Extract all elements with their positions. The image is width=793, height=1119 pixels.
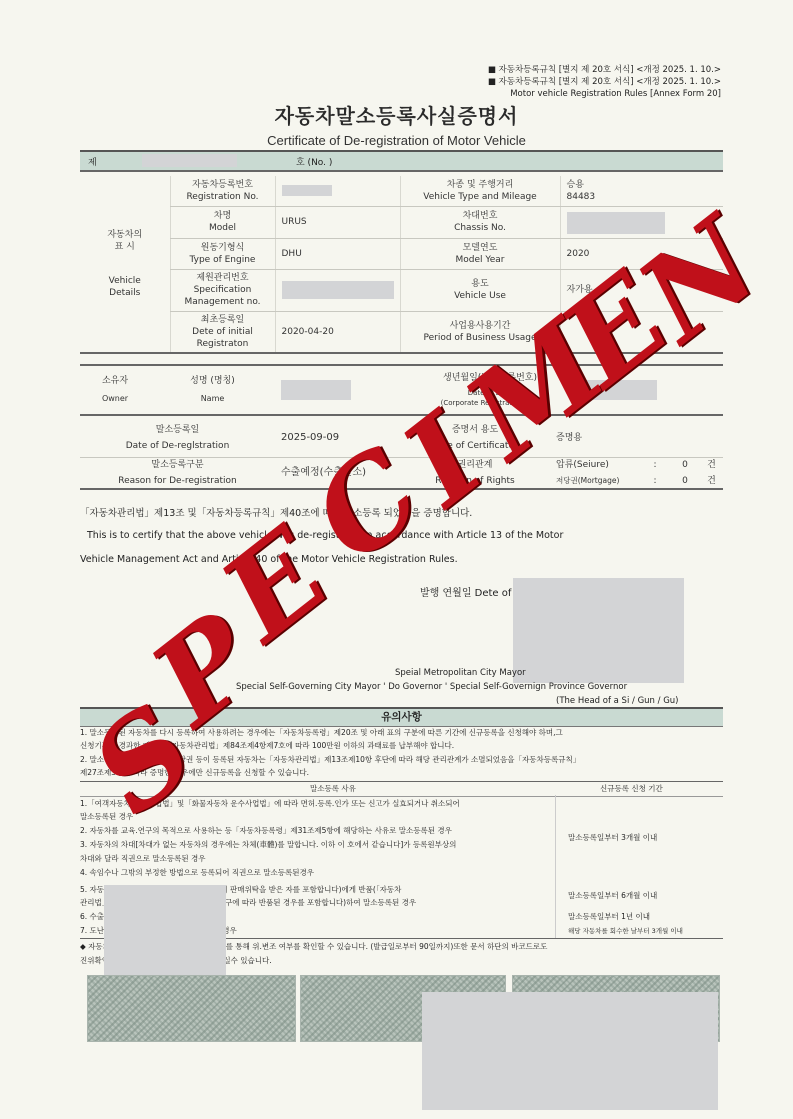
owner-table: 소유자Owner 성명 (명칭)Name 생년월일(법인등록번호)Date of… [80, 364, 723, 416]
document-title: 자동차말소등록사실증명서 [0, 100, 793, 129]
rights-label-ko: 권리관계 [400, 459, 550, 471]
dereg-date-label-ko: 말소등록일 [80, 424, 275, 436]
period-6-months: 말소등록일부터 6개월 이내 [568, 890, 657, 902]
use-label-ko: 증명서 용도 [400, 424, 550, 436]
redacted-certificate-number [142, 154, 237, 167]
count-unit: 건 [700, 457, 723, 473]
mileage-value: 84483 [567, 191, 724, 203]
reason-value: 수출예정(수출말소) [275, 457, 400, 489]
use-value: 증명용 [550, 420, 723, 457]
field-label-en: Period of Business Usage [401, 332, 560, 344]
reason-item: 2. 자동차를 교육.연구의 목적으로 사용하는 등「자동차등록령」제31조제5… [80, 825, 452, 837]
dereg-date-value: 2025-09-09 [275, 420, 400, 457]
authority-line-1: Speial Metropolitan City Mayor [395, 668, 526, 678]
column-divider [555, 795, 556, 938]
field-label-en: Dete of initial Registraton [171, 326, 275, 350]
reason-item: 3. 자동차의 차대[차대가 없는 자동차의 경우에는 차체(車體)를 말합니다… [80, 839, 456, 851]
section-label-en-2: Details [80, 287, 170, 299]
number-suffix: 호 (No. ) [296, 155, 332, 168]
field-label-ko: 제원관리번호 [171, 272, 275, 284]
reason-label-ko: 말소등록구분 [80, 459, 275, 471]
initial-registration-date-value: 2020-04-20 [275, 311, 400, 353]
model-year-value: 2020 [560, 238, 723, 269]
seizure-label: 압류(Seiure) [550, 457, 640, 473]
table-row: 소유자Owner 성명 (명칭)Name 생년월일(법인등록번호)Date of… [80, 365, 723, 415]
table-row: 자동차의 표 시 Vehicle Details 자동차등록번호Registra… [80, 176, 723, 206]
colon: : [640, 457, 670, 473]
form-reference-en: Motor vehicle Registration Rules [Annex … [488, 88, 721, 100]
table-row: 말소등록일Date of De-reglstration 2025-09-09 … [80, 420, 723, 457]
mortgage-count: 0 [670, 473, 700, 489]
certificate-number-bar: 제 호 (No. ) [80, 150, 723, 172]
vehicle-section-label: 자동차의 표 시 Vehicle Details [80, 176, 170, 353]
reason-item: 4. 속임수나 그밖의 부정한 방법으로 등록되어 직권으로 말소등록된경우 [80, 867, 314, 879]
name-label-en: Name [150, 393, 275, 405]
form-reference: ■ 자동차등록규칙 [별지 제 20호 서식] <개정 2025. 1. 10.… [488, 64, 721, 100]
field-label-ko: 차명 [171, 210, 275, 222]
field-label-ko: 모델연도 [401, 242, 560, 254]
table-row: 차명Model URUS 차대번호Chassis No. [80, 206, 723, 238]
authority-line-2: Special Self-Governing City Mayor ' Do G… [236, 682, 627, 692]
dob-label-en-2: (Corporate Registration No.) [415, 398, 565, 408]
field-label-en: Model Year [401, 254, 560, 266]
redacted-chassis-no [567, 212, 665, 234]
section-label-ko-2: 표 시 [80, 241, 170, 253]
form-reference-line-2: ■ 자동차등록규칙 [별지 제 20호 서식] <개정 2025. 1. 10.… [488, 76, 721, 88]
table-row: 원동기형식Type of Engine DHU 모델연도Model Year 2… [80, 238, 723, 269]
document-subtitle: Certificate of De-registration of Motor … [0, 133, 793, 148]
dereg-date-label-en: Date of De-reglstration [80, 440, 275, 452]
colon: : [640, 473, 670, 489]
field-label-en: Model [171, 222, 275, 234]
reason-item: 1.「여객자동차 운수사업법」및「화물자동차 운수사업법」에 따라 면허.등록.… [80, 798, 460, 810]
redacted-owner-name [281, 380, 351, 400]
field-label-en: Registration No. [171, 191, 275, 203]
seizure-count: 0 [670, 457, 700, 473]
redacted-issue-date-and-seal [513, 578, 684, 683]
redacted-date-of-birth [579, 380, 657, 400]
reason-item: 말소등록된 경우 [80, 811, 133, 823]
note-item: 1. 말소등록된 자동차를 다시 등록하여 사용하려는 경우에는「자동차등록령」… [80, 727, 563, 739]
section-label-en-1: Vehicle [80, 275, 170, 287]
field-label-ko: 차대번호 [401, 210, 560, 222]
field-label-ko: 자동차등록번호 [171, 179, 275, 191]
note-item: 신청기간을 경과한 때에는「자동차관리법」제84조제4항제7호에 따라 100만… [80, 740, 454, 752]
field-label-en: Vehicle Type and Mileage [401, 191, 560, 203]
field-label-en: Vehicle Use [401, 290, 560, 302]
field-label-ko: 원동기형식 [171, 242, 275, 254]
vehicle-type-value: 승용 [567, 179, 724, 191]
mortgage-label: 저당권(Mortgage) [550, 473, 640, 489]
table-row: 제원관리번호Specification Management no. 용도Veh… [80, 269, 723, 311]
engine-type-value: DHU [275, 238, 400, 269]
dob-label-en: Date of birth [415, 388, 565, 398]
field-label-en: Type of Engine [171, 254, 275, 266]
redacted-registration-no [282, 185, 332, 196]
period-column-header: 신규등록 신청 기간 [600, 783, 663, 795]
business-usage-period-value [560, 311, 723, 353]
reasons-table-header: 말소등록 사유 신규등록 신청 기간 [80, 781, 723, 797]
redacted-spec-management-no [282, 281, 394, 299]
field-label-en: Chassis No. [401, 222, 560, 234]
certification-statement-en-2: Vehicle Management Act and Article 40 of… [80, 554, 458, 565]
period-recovery: 해당 자동차를 회수한 날부터 3개월 이내 [568, 925, 683, 937]
field-label-ko: 최초등록일 [171, 314, 275, 326]
period-1-year: 말소등록일부터 1년 이내 [568, 911, 650, 923]
redacted-footer-content [422, 992, 718, 1110]
vehicle-use-value: 자가용 [560, 269, 723, 311]
note-item: 2. 말소등록 당시에 압류 및 저당권 등이 등록된 자동차는「자동차관리법」… [80, 754, 580, 766]
model-value: URUS [275, 206, 400, 238]
authority-line-3: (The Head of a Si / Gun / Gu) [556, 696, 679, 706]
number-prefix: 제 [88, 155, 97, 168]
rights-label-en: Relation of Rights [400, 475, 550, 487]
count-unit: 건 [700, 473, 723, 489]
deregistration-table: 말소등록일Date of De-reglstration 2025-09-09 … [80, 420, 723, 490]
vehicle-details-table: 자동차의 표 시 Vehicle Details 자동차등록번호Registra… [80, 176, 723, 354]
certification-statement-ko: 「자동차관리법」제13조 및「자동차등록규칙」제40조에 따라 말소등록 되었음… [80, 505, 472, 519]
period-3-months: 말소등록일부터 3개월 이내 [568, 832, 657, 844]
security-barcode-1 [87, 975, 296, 1042]
certification-statement-en-1: This is to certify that the above vehicl… [87, 530, 563, 541]
field-label-ko: 용도 [401, 278, 560, 290]
redacted-note-content [104, 885, 226, 985]
use-label-en: Use of Certificate [400, 440, 550, 452]
reason-item: 차대와 달라 직권으로 말소등록된 경우 [80, 853, 205, 865]
field-label-ko: 사업용사용기간 [401, 320, 560, 332]
form-reference-line-1: ■ 자동차등록규칙 [별지 제 20호 서식] <개정 2025. 1. 10.… [488, 64, 721, 76]
owner-label-ko: 소유자 [80, 375, 150, 387]
name-label-ko: 성명 (명칭) [150, 375, 275, 387]
reason-label-en: Reason for De-registration [80, 475, 275, 487]
notes-section-title: 유의사항 [80, 707, 723, 727]
table-row: 최초등록일Dete of initial Registraton 2020-04… [80, 311, 723, 353]
field-label-ko: 차종 및 주행거리 [401, 179, 560, 191]
field-label-en: Specification Management no. [171, 284, 275, 308]
note-item: 제27조제3항에 따라 증명한 경우에만 신규등록을 신청할 수 있습니다. [80, 767, 309, 779]
dob-label-ko: 생년월일(법인등록번호) [415, 372, 565, 384]
table-row: 말소등록구분Reason for De-registration 수출예정(수출… [80, 457, 723, 473]
owner-label-en: Owner [80, 393, 150, 405]
reason-column-header: 말소등록 사유 [310, 783, 356, 795]
watermark-letter: E [197, 502, 353, 667]
section-label-ko-1: 자동차의 [80, 229, 170, 241]
